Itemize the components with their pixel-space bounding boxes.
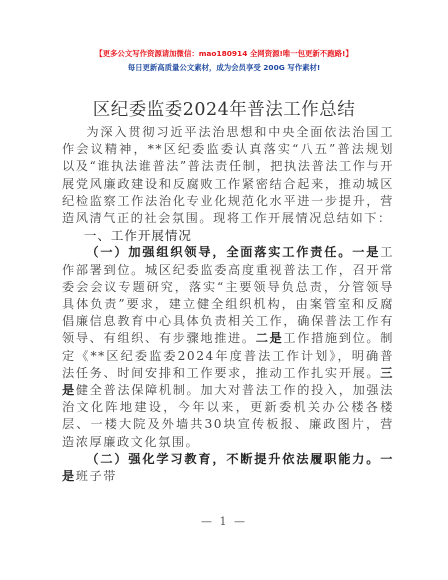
point-2-label: 二是 [256,331,284,345]
intro-paragraph: 为深入贯彻习近平法治思想和中央全面依法治国工作会议精神，**区纪委监委认真落实“… [62,124,394,227]
page-number: — 1 — [0,515,448,528]
promo-banner-line1: 【更多公文写作资源请加微信：mao180914 全网资源!唯一包更新不跑路!】 [0,47,448,61]
subsection-2-paragraph: （二）强化学习教育，不断提升依法履职能力。一是班子带 [62,451,394,485]
promo-banner-line2: 每日更新高质量公文素材，成为会员享受 200G 写作素材! [0,61,448,75]
subsection-1-heading: （一）加强组织领导，全面落实工作责任。 [86,245,352,259]
promo-banner: 【更多公文写作资源请加微信：mao180914 全网资源!唯一包更新不跑路!】 … [0,47,448,75]
document-page: 【更多公文写作资源请加微信：mao180914 全网资源!唯一包更新不跑路!】 … [0,0,448,580]
document-title: 区纪委监委2024年普法工作总结 [0,96,448,121]
point-1-label: 一是 [352,245,380,259]
subsection-2-heading: （二）强化学习教育，不断提升依法履职能力。 [86,452,380,466]
section-heading-1: 一、工作开展情况 [62,227,394,244]
sub2-point-1-text: 班子带 [76,469,117,483]
point-3-text: 健全普法保障机制。加大对普法工作的投入，加强法治文化阵地建设，今年以来，更新委机… [62,383,394,449]
document-body: 为深入贯彻习近平法治思想和中央全面依法治国工作会议精神，**区纪委监委认真落实“… [62,124,394,485]
subsection-1-paragraph: （一）加强组织领导，全面落实工作责任。一是工作部署到位。城区纪委监委高度重视普法… [62,244,394,450]
